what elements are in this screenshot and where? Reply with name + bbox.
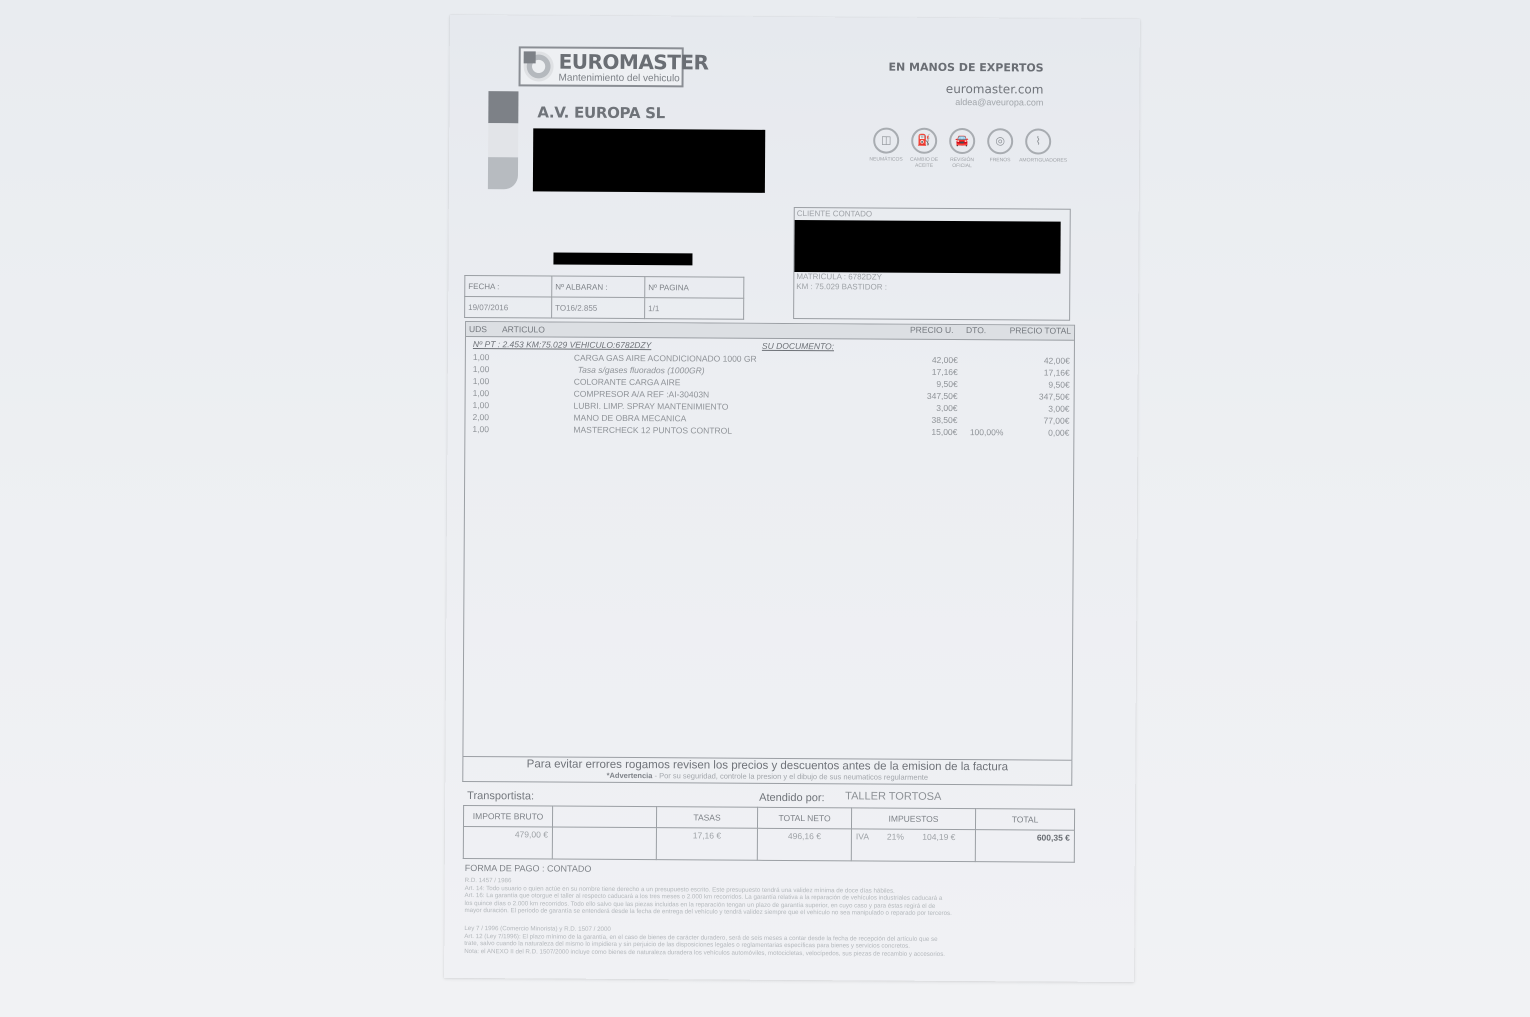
car-inspection-icon: 🚘 — [949, 128, 975, 154]
tagline: EN MANOS DE EXPERTOS — [888, 61, 1043, 75]
albaran-label: Nº ALBARAN : — [552, 276, 645, 298]
legal-text-ley7: Ley 7 / 1996 (Comercio Minorista) y R.D.… — [464, 925, 1064, 959]
invoice-paper: EUROMASTER Mantenimiento del vehiculo A.… — [444, 15, 1140, 982]
page-value: 1/1 — [645, 298, 744, 320]
website-link[interactable]: euromaster.com — [946, 82, 1044, 97]
item-precio: 15,00€ — [931, 427, 957, 437]
impuestos-header: IMPUESTOS — [851, 808, 975, 830]
redacted-client-info — [794, 220, 1060, 274]
service-brakes: ◎ FRENOS — [981, 128, 1019, 169]
services-icons: ◫ NEUMÁTICOS ⛽ CAMBIO DE ACEITE 🚘 REVISI… — [867, 127, 1057, 169]
client-box: CLIENTE CONTADO MATRICULA : 6782DZY KM :… — [793, 207, 1071, 321]
item-precio: 17,16€ — [932, 367, 958, 377]
document-meta-table: FECHA : Nº ALBARAN : Nº PAGINA 19/07/201… — [464, 275, 744, 320]
item-uds: 1,00 — [473, 388, 490, 398]
client-plate: MATRICULA : 6782DZY — [796, 272, 882, 282]
tasas-header: TASAS — [656, 807, 757, 829]
item-uds: 2,00 — [472, 412, 489, 422]
items-header: UDS ARTICULO PRECIO U. DTO. PRECIO TOTAL — [466, 322, 1074, 341]
table-row: 1,00MASTERCHECK 12 PUNTOS CONTROL15,00€1… — [465, 424, 1073, 440]
email-link[interactable]: aldea@aveuropa.com — [955, 97, 1043, 108]
item-articulo: Tasa s/gases fluorados (1000GR) — [578, 365, 705, 376]
total-header: TOTAL — [975, 809, 1074, 831]
item-total: 9,50€ — [1048, 380, 1069, 390]
brand-subtitle: Mantenimiento del vehiculo — [559, 73, 680, 85]
su-documento: SU DOCUMENTO: — [762, 341, 834, 351]
item-total: 347,50€ — [1039, 392, 1070, 402]
item-uds: 1,00 — [473, 400, 490, 410]
albaran-value: TO16/2.855 — [552, 297, 645, 319]
decor-stripe-mid — [488, 157, 518, 189]
item-articulo: CARGA GAS AIRE ACONDICIONADO 1000 GR — [574, 353, 757, 364]
item-precio: 42,00€ — [932, 355, 958, 365]
tasas-value: 17,16 € — [656, 828, 757, 861]
blank-header — [552, 806, 656, 828]
client-km: KM : 75.029 BASTIDOR : — [796, 282, 887, 292]
oil-change-icon: ⛽ — [911, 128, 937, 154]
date-label: FECHA : — [465, 275, 552, 297]
item-articulo: COMPRESOR A/A REF :AI-30403N — [574, 389, 710, 400]
date-value: 19/07/2016 — [465, 296, 552, 318]
item-uds: 1,00 — [473, 376, 490, 386]
col-total: PRECIO TOTAL — [1010, 325, 1071, 335]
col-uds: UDS — [469, 324, 487, 334]
decor-stripe-light — [488, 123, 518, 157]
item-uds: 1,00 — [473, 352, 490, 362]
item-total: 3,00€ — [1048, 404, 1069, 414]
neto-value: 496,16 € — [757, 828, 851, 861]
service-shocks: ⌇ AMORTIGUADORES — [1019, 128, 1057, 169]
neto-header: TOTAL NETO — [757, 807, 851, 829]
item-uds: 1,00 — [472, 424, 489, 434]
col-articulo: ARTICULO — [502, 324, 545, 334]
total-value: 600,35 € — [975, 830, 1074, 863]
item-total: 0,00€ — [1048, 428, 1069, 438]
iva-label: IVA — [856, 831, 869, 841]
notice-box: Para evitar errores rogamos revisen los … — [462, 757, 1072, 786]
item-dto: 100,00% — [970, 427, 1004, 437]
item-precio: 3,00€ — [936, 403, 957, 413]
totals-table: IMPORTE BRUTO TASAS TOTAL NETO IMPUESTOS… — [463, 805, 1075, 863]
impuestos-value: IVA 21% 104,19 € — [851, 829, 975, 862]
legal-text-rd1457: R.D. 1457 / 1986Art. 14: Todo usuario o … — [464, 877, 1064, 919]
col-precio: PRECIO U. — [910, 325, 954, 335]
item-total: 77,00€ — [1043, 416, 1069, 426]
euromaster-logo: EUROMASTER Mantenimiento del vehiculo — [519, 46, 684, 87]
payment-method: FORMA DE PAGO : CONTADO — [465, 863, 592, 874]
item-precio: 9,50€ — [936, 379, 957, 389]
atendido-value: TALLER TORTOSA — [845, 790, 941, 803]
bruto-header: IMPORTE BRUTO — [463, 805, 552, 827]
service-tires: ◫ NEUMÁTICOS — [867, 127, 905, 168]
iva-rate: 21% — [887, 832, 904, 842]
decor-stripe-dark — [488, 91, 518, 123]
company-name: A.V. EUROPA SL — [537, 103, 665, 122]
tire-icon: ◫ — [873, 127, 899, 153]
shock-absorber-icon: ⌇ — [1025, 128, 1051, 154]
item-precio: 347,50€ — [927, 391, 958, 401]
redacted-company-address — [533, 128, 765, 192]
brakes-icon: ◎ — [987, 128, 1013, 154]
item-articulo: LUBRI. LIMP. SPRAY MANTENIMIENTO — [574, 401, 729, 412]
atendido-label: Atendido por: — [759, 792, 825, 804]
item-articulo: COLORANTE CARGA AIRE — [574, 377, 681, 388]
col-dto: DTO. — [966, 325, 986, 335]
client-label: CLIENTE CONTADO — [797, 209, 872, 218]
item-total: 42,00€ — [1044, 356, 1070, 366]
transportista-label: Transportista: — [467, 790, 534, 802]
page-label: Nº PAGINA — [645, 277, 744, 299]
service-inspection: 🚘 REVISIÓN OFICIAL — [943, 128, 981, 169]
reference-line: Nº PT : 2.453 KM:75.029 VEHICULO:6782DZY — [473, 339, 651, 350]
item-precio: 38,50€ — [931, 415, 957, 425]
bruto-value: 479,00 € — [463, 826, 552, 859]
brand-name: EUROMASTER — [559, 50, 709, 75]
redacted-field — [553, 253, 692, 266]
blank-value — [552, 827, 656, 860]
items-table: UDS ARTICULO PRECIO U. DTO. PRECIO TOTAL… — [462, 321, 1075, 761]
item-total: 17,16€ — [1044, 368, 1070, 378]
service-oil-change: ⛽ CAMBIO DE ACEITE — [905, 128, 943, 169]
euromaster-logo-icon — [524, 51, 554, 81]
item-uds: 1,00 — [473, 364, 490, 374]
item-articulo: MASTERCHECK 12 PUNTOS CONTROL — [573, 425, 732, 436]
item-articulo: MANO DE OBRA MECANICA — [573, 413, 686, 424]
iva-amount: 104,19 € — [922, 832, 955, 842]
